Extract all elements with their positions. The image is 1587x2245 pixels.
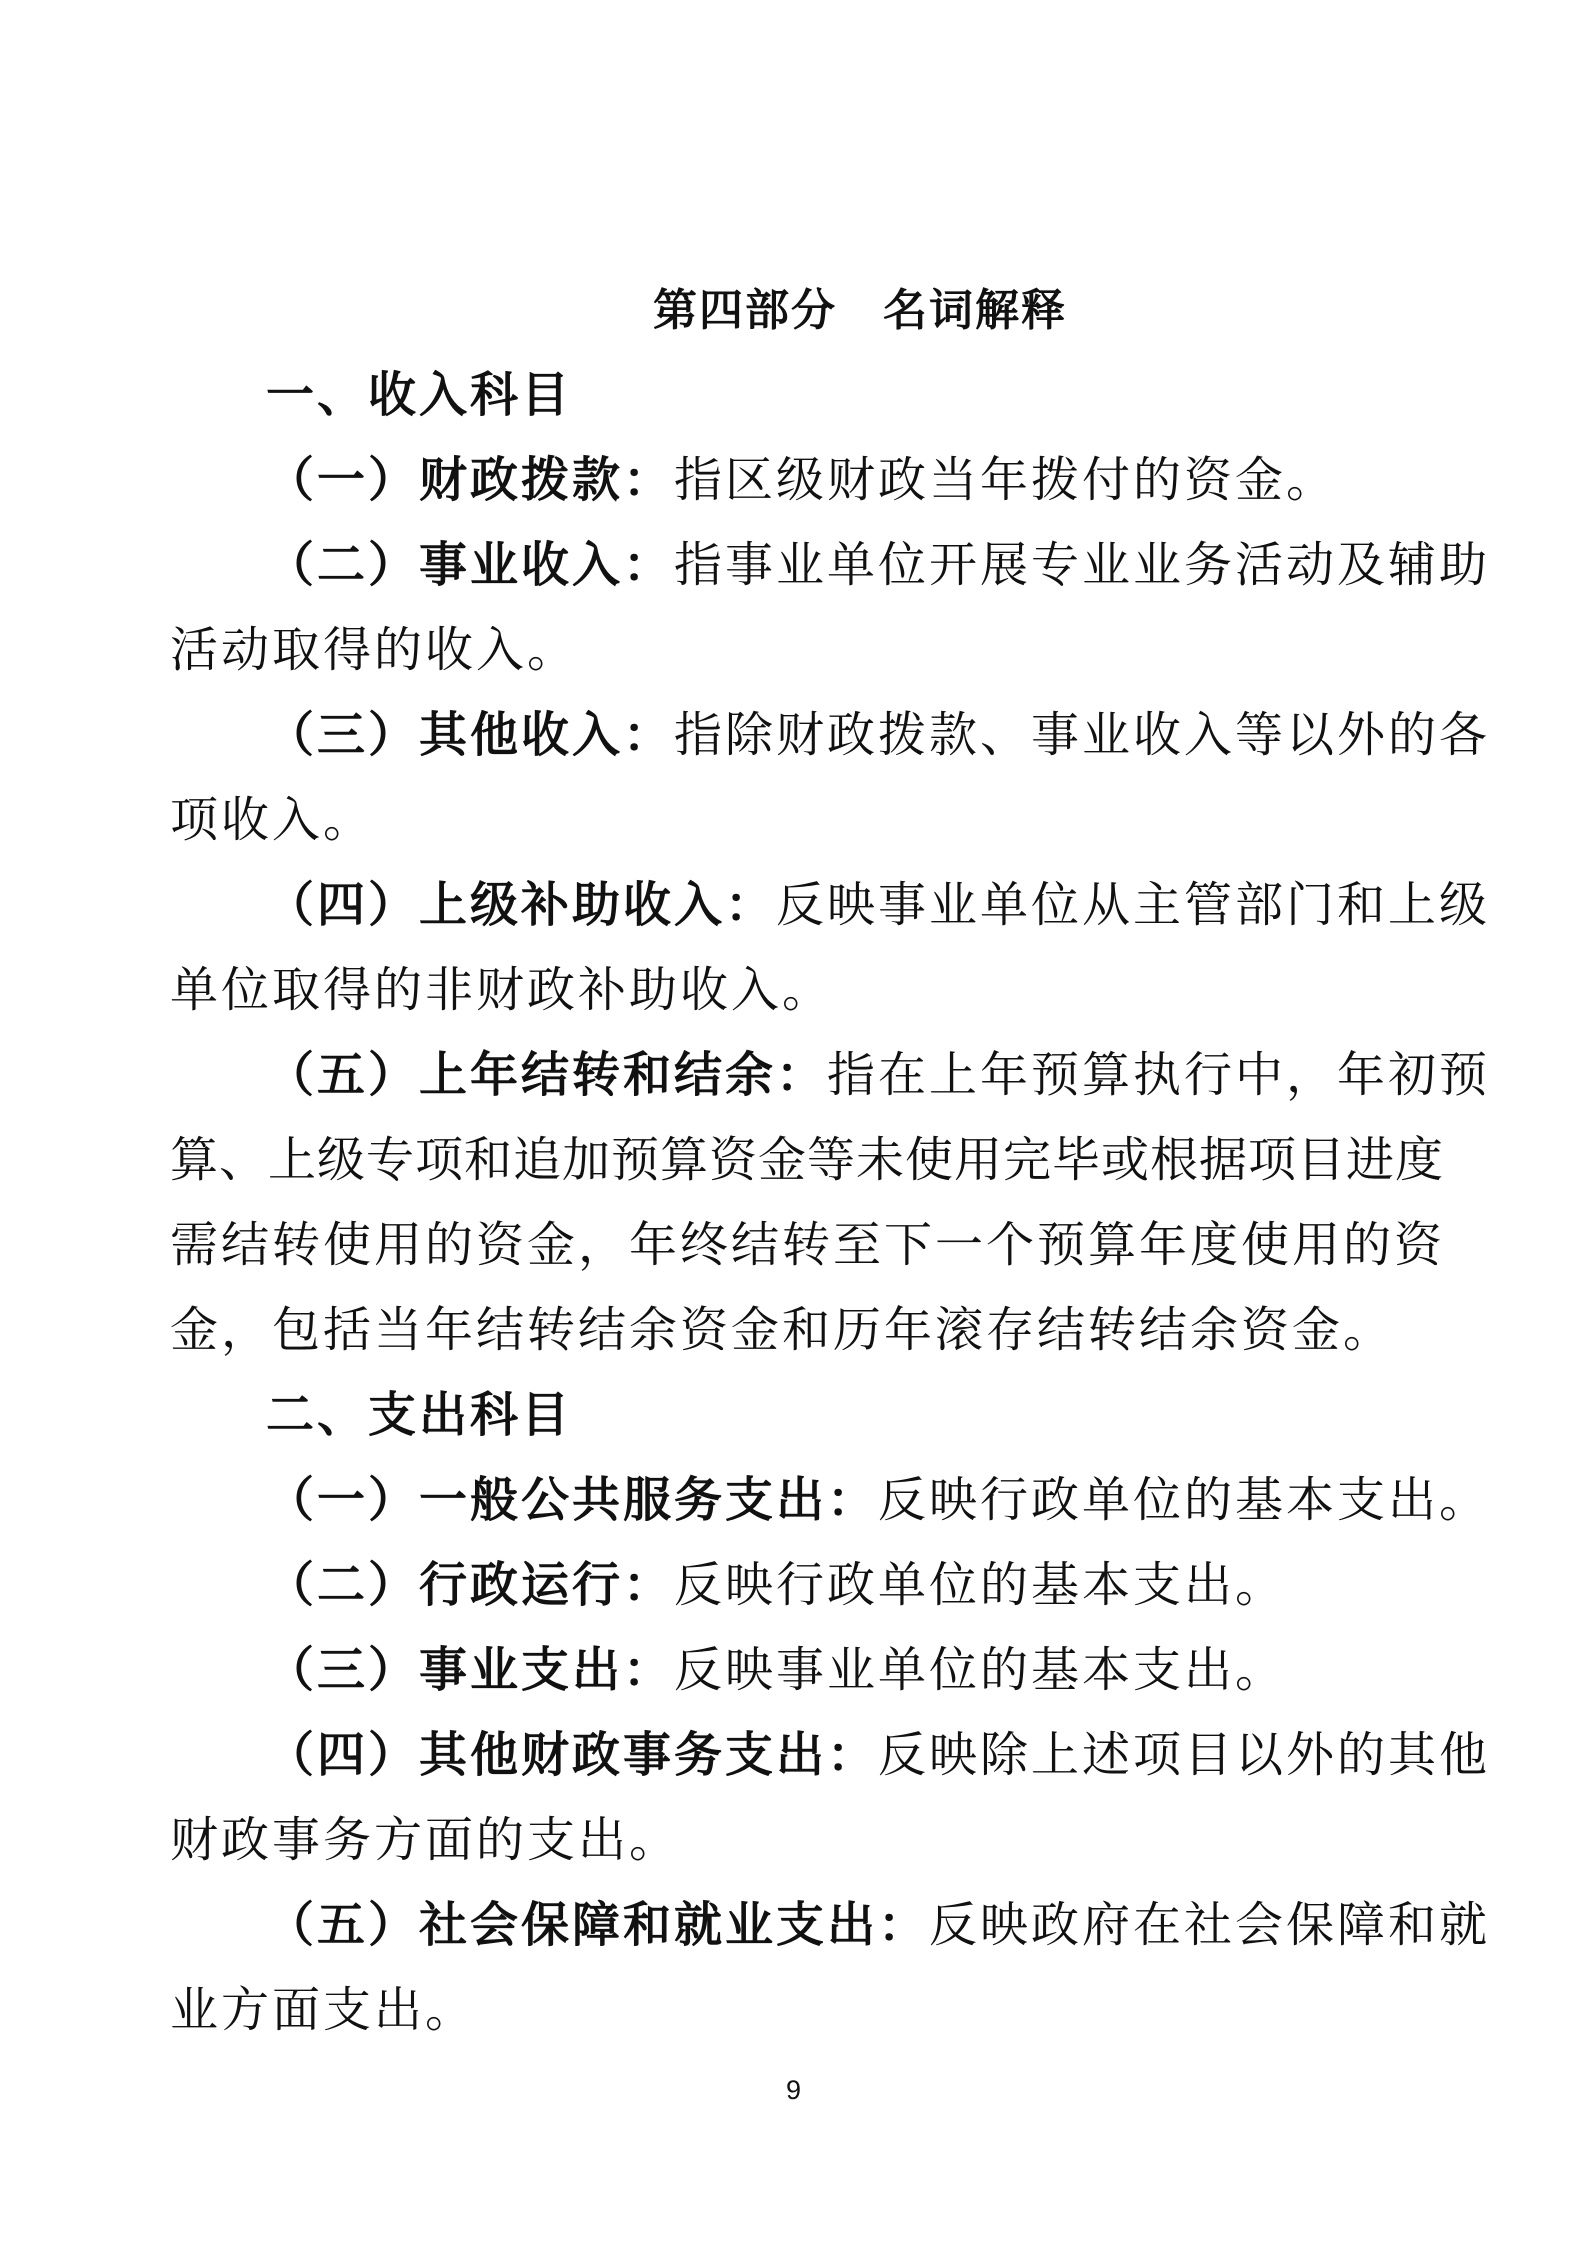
line-text: 业方面支出。 (170, 1984, 476, 2037)
page-title: 第四部分 名词解释 (170, 268, 1420, 353)
text-line: （一）一般公共服务支出：反映行政单位的基本支出。 (170, 1458, 1420, 1543)
line-text: 指区级财政当年拨付的资金。 (674, 454, 1337, 507)
line-text: 指事业单位开展专业业务活动及辅助 (674, 539, 1490, 592)
text-line: （三）事业支出：反映事业单位的基本支出。 (170, 1628, 1420, 1713)
text-line: 需结转使用的资金，年终结转至下一个预算年度使用的资 (170, 1203, 1420, 1288)
line-label: 一、收入科目 (266, 369, 572, 422)
text-line: （二）事业收入：指事业单位开展专业业务活动及辅助 (170, 523, 1420, 608)
text-line: 项收入。 (170, 778, 1420, 863)
line-text: 反映行政单位的基本支出。 (674, 1559, 1286, 1612)
text-line: 财政事务方面的支出。 (170, 1798, 1420, 1883)
text-line: 活动取得的收入。 (170, 608, 1420, 693)
line-text: 活动取得的收入。 (170, 624, 578, 677)
text-line: 二、支出科目 (170, 1373, 1420, 1458)
line-label: （五）上年结转和结余： (266, 1049, 827, 1102)
text-line: 算、上级专项和追加预算资金等未使用完毕或根据项目进度 (170, 1118, 1420, 1203)
line-label: （二）行政运行： (266, 1559, 674, 1612)
line-label: （一）一般公共服务支出： (266, 1474, 878, 1527)
paragraph-block: 一、收入科目（一）财政拨款：指区级财政当年拨付的资金。（二）事业收入：指事业单位… (170, 353, 1420, 2053)
text-line: （五）上年结转和结余：指在上年预算执行中，年初预 (170, 1033, 1420, 1118)
line-text: 反映事业单位的基本支出。 (674, 1644, 1286, 1697)
text-line: 金，包括当年结转结余资金和历年滚存结转结余资金。 (170, 1288, 1420, 1373)
line-label: （二）事业收入： (266, 539, 674, 592)
text-line: （三）其他收入：指除财政拨款、事业收入等以外的各 (170, 693, 1420, 778)
line-text: 反映政府在社会保障和就 (929, 1899, 1490, 1952)
line-text: 指除财政拨款、事业收入等以外的各 (674, 709, 1490, 762)
text-line: （四）其他财政事务支出：反映除上述项目以外的其他 (170, 1713, 1420, 1798)
page-number: 9 (0, 2075, 1587, 2106)
line-label: （一）财政拨款： (266, 454, 674, 507)
line-text: 反映事业单位从主管部门和上级 (776, 879, 1490, 932)
line-text: 金，包括当年结转结余资金和历年滚存结转结余资金。 (170, 1304, 1394, 1357)
line-text: 反映行政单位的基本支出。 (878, 1474, 1490, 1527)
document-page: 第四部分 名词解释 一、收入科目（一）财政拨款：指区级财政当年拨付的资金。（二）… (0, 0, 1587, 2245)
line-text: 项收入。 (170, 794, 374, 847)
text-line: 一、收入科目 (170, 353, 1420, 438)
text-line: （四）上级补助收入：反映事业单位从主管部门和上级 (170, 863, 1420, 948)
text-line: 单位取得的非财政补助收入。 (170, 948, 1420, 1033)
line-label: （三）其他收入： (266, 709, 674, 762)
text-line: 业方面支出。 (170, 1968, 1420, 2053)
line-text: 需结转使用的资金，年终结转至下一个预算年度使用的资 (170, 1219, 1445, 1272)
line-text: 财政事务方面的支出。 (170, 1814, 680, 1867)
text-line: （一）财政拨款：指区级财政当年拨付的资金。 (170, 438, 1420, 523)
line-label: （四）其他财政事务支出： (266, 1729, 878, 1782)
line-text: 算、上级专项和追加预算资金等未使用完毕或根据项目进度 (170, 1134, 1444, 1187)
line-label: 二、支出科目 (266, 1389, 572, 1442)
text-line: （五）社会保障和就业支出：反映政府在社会保障和就 (170, 1883, 1420, 1968)
line-label: （三）事业支出： (266, 1644, 674, 1697)
line-text: 单位取得的非财政补助收入。 (170, 964, 833, 1017)
line-label: （五）社会保障和就业支出： (266, 1899, 929, 1952)
document-body: 第四部分 名词解释 一、收入科目（一）财政拨款：指区级财政当年拨付的资金。（二）… (170, 268, 1420, 2053)
line-text: 指在上年预算执行中，年初预 (827, 1049, 1490, 1102)
line-label: （四）上级补助收入： (266, 879, 776, 932)
line-text: 反映除上述项目以外的其他 (878, 1729, 1490, 1782)
text-line: （二）行政运行：反映行政单位的基本支出。 (170, 1543, 1420, 1628)
